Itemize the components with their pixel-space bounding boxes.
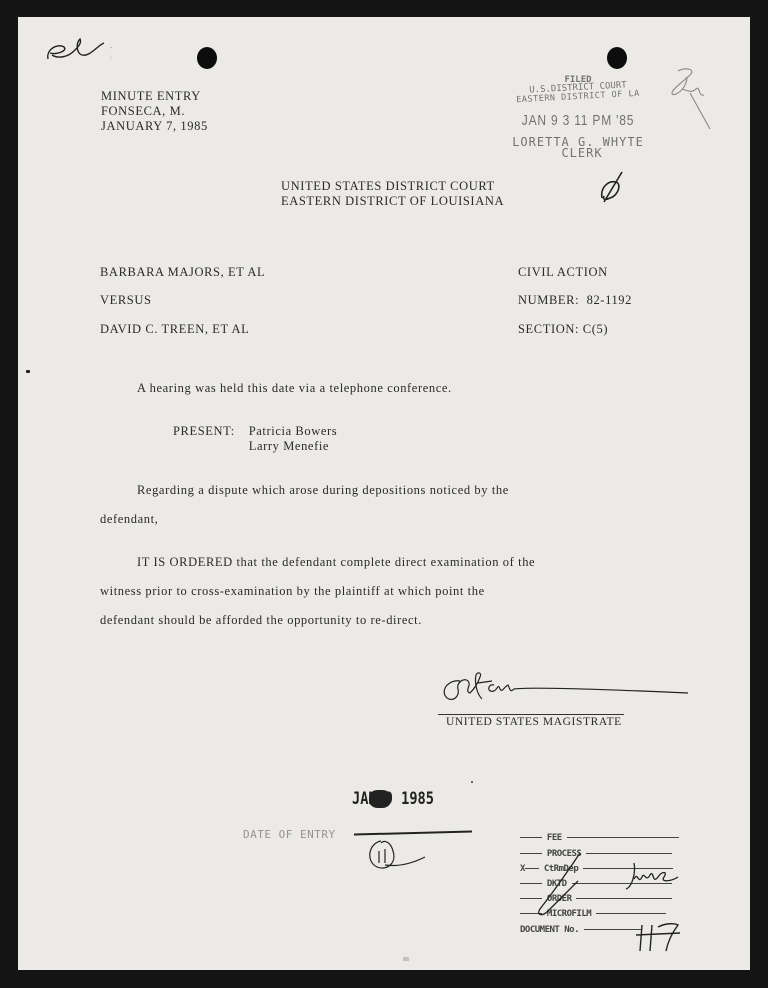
docket-handwritten-document-number [634, 919, 684, 953]
present-name: Larry Menefie [249, 439, 338, 454]
signature-title: UNITED STATES MAGISTRATE [446, 715, 622, 730]
docket-document-number: DOCUMENT No. [520, 925, 642, 935]
speck [471, 781, 473, 783]
paragraph-order-line3: defendant should be afforded the opportu… [100, 613, 422, 628]
docket-check-mark: X [520, 864, 525, 874]
clerk-handwritten-mark [598, 170, 628, 204]
case-plaintiff: BARBARA MAJORS, ET AL [100, 265, 265, 280]
case-number-value: 82-1192 [587, 293, 632, 307]
case-section-value: C(5) [583, 322, 608, 336]
filed-stamp: FILED U.S.DISTRICT COURT EASTERN DISTRIC… [498, 75, 658, 160]
court-district: EASTERN DISTRICT OF LOUISIANA [281, 194, 504, 209]
case-number-label: NUMBER: [518, 293, 579, 307]
margin-mark [26, 370, 30, 373]
magistrate-signature [438, 667, 698, 707]
header-title: MINUTE ENTRY [101, 89, 208, 104]
entry-stamp-smudge [369, 790, 391, 808]
court-heading: UNITED STATES DISTRICT COURT EASTERN DIS… [281, 179, 504, 209]
case-versus: VERSUS [100, 293, 152, 308]
court-name: UNITED STATES DISTRICT COURT [281, 179, 504, 194]
filed-stamp-datetime: JAN 9 3 11 PM '85 [514, 112, 642, 129]
header-date: JANUARY 7, 1985 [101, 119, 208, 134]
case-action-type: CIVIL ACTION [518, 265, 608, 280]
entry-handwritten-circled-number [363, 835, 433, 875]
handwritten-initial-top-left: - : [44, 29, 124, 69]
case-defendant: DAVID C. TREEN, ET AL [100, 322, 249, 337]
header-judge: FONSECA, M. [101, 104, 208, 119]
docket-row-fee: FEE [520, 833, 679, 843]
punch-hole-right [607, 47, 627, 69]
paragraph-dispute-line2: defendant, [100, 512, 158, 527]
present-label: PRESENT: [173, 424, 245, 439]
present-name: Patricia Bowers [249, 424, 338, 439]
case-number: NUMBER: 82-1192 [518, 293, 632, 308]
svg-text:-: - [110, 44, 112, 51]
paragraph-dispute-line1: Regarding a dispute which arose during d… [137, 483, 509, 498]
paragraph-order-line1: IT IS ORDERED that the defendant complet… [137, 555, 535, 570]
entry-date-stamp: JAN 9 1985 [352, 789, 434, 809]
docket-handwritten-check [528, 851, 588, 923]
handwritten-initials-top-right [668, 67, 718, 133]
paragraph-hearing: A hearing was held this date via a telep… [137, 381, 452, 396]
case-section-label: SECTION: [518, 322, 579, 336]
svg-text::: : [110, 54, 112, 61]
speck [403, 957, 409, 961]
docket-handwritten-initials [624, 859, 680, 893]
document-page: - : MINUTE ENTRY FONSECA, M. JANUARY 7, … [18, 17, 750, 970]
minute-entry-header: MINUTE ENTRY FONSECA, M. JANUARY 7, 1985 [101, 89, 208, 134]
docket-stamp: FEE PROCESS X CtRmDep DKTD ORDER MICROFI… [520, 833, 690, 953]
date-of-entry-label: DATE OF ENTRY [243, 828, 336, 841]
paragraph-order-line2: witness prior to cross-examination by th… [100, 584, 485, 599]
punch-hole-left [197, 47, 217, 69]
case-section: SECTION: C(5) [518, 322, 608, 337]
docket-document-label: DOCUMENT No. [520, 925, 579, 935]
present-block: PRESENT: Patricia Bowers Larry Menefie [173, 424, 337, 454]
